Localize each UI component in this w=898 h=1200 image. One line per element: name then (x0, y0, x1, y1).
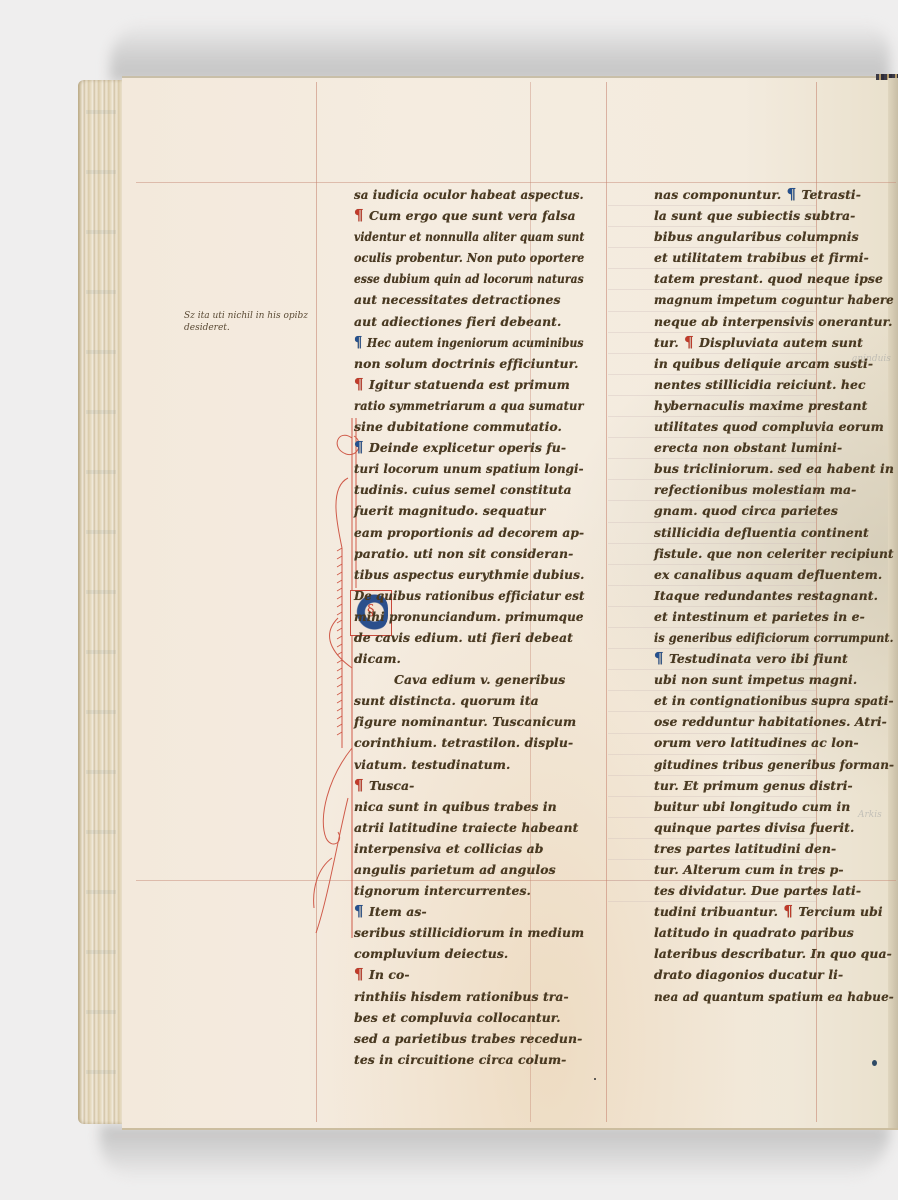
manuscript-line: is generibus edificiorum corrumpunt. (654, 627, 870, 648)
manuscript-line: latitudo in quadrato paribus (654, 922, 894, 943)
line-text: compluvium deiectus. (354, 946, 508, 961)
line-text: ubi non sunt impetus magni. (654, 672, 857, 687)
marginal-note-line: desideret. (184, 322, 314, 334)
paragraph-mark-icon: ¶ (354, 776, 369, 794)
manuscript-line: quinque partes divisa fuerit. (654, 817, 894, 838)
paragraph-mark-icon: ¶ (679, 333, 699, 351)
line-text: bibus angularibus columpnis (654, 229, 859, 244)
manuscript-line: bibus angularibus columpnis (654, 226, 894, 247)
manuscript-line: nas componuntur. ¶ Tetrasti- (654, 184, 894, 205)
line-text: et in contignationibus supra spati- (654, 693, 894, 708)
line-text: Cum ergo que sunt vera falsa (369, 208, 576, 223)
manuscript-line: eam proportionis ad decorem ap- (354, 522, 580, 543)
line-text: sa iudicia oculor habeat aspectus. (354, 187, 584, 202)
line-text: ose redduntur habitationes. Atri- (654, 714, 887, 729)
marginal-note-line: Sz ita uti nichil in his opibz (184, 310, 314, 322)
line-text: figure nominantur. Tuscanicum (354, 714, 576, 729)
manuscript-line: Cava edium v. generibus (354, 669, 584, 690)
manuscript-line: ubi non sunt impetus magni. (654, 669, 894, 690)
blue-ink-spot (872, 1060, 877, 1066)
manuscript-line: fuerit magnitudo. sequatur (354, 500, 584, 521)
manuscript-line: tignorum intercurrentes. (354, 880, 584, 901)
manuscript-line: ¶ Cum ergo que sunt vera falsa (354, 205, 584, 226)
line-text: mihi pronunciandum. primumque (354, 609, 584, 624)
paragraph-mark-icon: ¶ (354, 333, 367, 351)
manuscript-line: bus tricliniorum. sed ea habent in (654, 458, 894, 479)
line-text: Igitur statuenda est primum (369, 377, 570, 392)
line-text: Tercium ubi (798, 904, 882, 919)
manuscript-line: neque ab interpensivis onerantur. (654, 311, 894, 332)
manuscript-line: Itaque redundantes restagnant. (654, 585, 894, 606)
manuscript-line: in quibus deliquie arcam susti- (654, 353, 894, 374)
manuscript-line: non solum doctrinis efficiuntur. (354, 353, 584, 374)
manuscript-line: corinthium. tetrastilon. displu- (354, 732, 584, 753)
line-text: bus tricliniorum. sed ea habent in (654, 461, 894, 476)
manuscript-line: tres partes latitudini den- (654, 838, 894, 859)
line-text: In co- (369, 967, 410, 982)
paragraph-mark-icon: ¶ (781, 185, 801, 203)
line-text: tibus aspectus eurythmie dubius. (354, 567, 584, 582)
line-text: dicam. (354, 651, 401, 666)
manuscript-line: oculis probentur. Non puto oportere (354, 247, 561, 268)
line-text: aut necessitates detractiones (354, 292, 561, 307)
manuscript-line: nentes stillicidia reiciunt. hec (654, 374, 894, 395)
line-text: Deinde explicetur operis fu- (369, 440, 566, 455)
line-text: stillicidia defluentia continent (654, 525, 869, 540)
manuscript-line: tur. Et primum genus distri- (654, 775, 894, 796)
line-text: tatem prestant. quod neque ipse (654, 271, 883, 286)
line-text: ratio symmetriarum a qua sumatur (354, 398, 584, 413)
line-text: drato diagonios ducatur li- (654, 967, 843, 982)
line-text: Hec autem ingeniorum acuminibus (367, 335, 584, 350)
manuscript-line: seribus stillicidiorum in medium (354, 922, 583, 943)
ink-speck (594, 1078, 596, 1080)
manuscript-line: nea ad quantum spatium ea habue- (654, 986, 885, 1007)
manuscript-line: tatem prestant. quod neque ipse (654, 268, 894, 289)
line-text: interpensiva et collicias ab (354, 841, 544, 856)
line-text: oculis probentur. Non puto oportere (354, 250, 584, 265)
line-text: et intestinum et parietes in e- (654, 609, 865, 624)
line-text: nas componuntur. (654, 187, 781, 202)
manuscript-line: videntur et nonnulla aliter quam sunt (354, 226, 553, 247)
manuscript-line: et utilitatem trabibus et firmi- (654, 247, 894, 268)
manuscript-line: tur. Alterum cum in tres p- (654, 859, 894, 880)
line-text: refectionibus molestiam ma- (654, 482, 856, 497)
line-text: aut adiectiones fieri debeant. (354, 314, 561, 329)
line-text: paratio. uti non sit consideran- (354, 546, 573, 561)
line-text: angulis parietum ad angulos (354, 862, 556, 877)
manuscript-line: ¶ In co- (354, 964, 584, 985)
line-text: is generibus edificiorum corrumpunt. (654, 630, 894, 645)
manuscript-line: figure nominantur. Tuscanicum (354, 711, 584, 732)
manuscript-line: ratio symmetriarum a qua sumatur (354, 395, 567, 416)
page-shadow-bottom (100, 1125, 890, 1180)
line-text: latitudo in quadrato paribus (654, 925, 854, 940)
line-text: atrii latitudine traiecte habeant (354, 820, 578, 835)
manuscript-line: dicam. (354, 648, 584, 669)
line-text: Tusca- (369, 778, 414, 793)
line-text: magnum impetum coguntur habere (654, 292, 894, 307)
paragraph-mark-icon: ¶ (354, 965, 369, 983)
manuscript-line: aut adiectiones fieri debeant. (354, 311, 584, 332)
line-text: ex canalibus aquam defluentem. (654, 567, 882, 582)
manuscript-line: nica sunt in quibus trabes in (354, 796, 584, 817)
manuscript-line: tibus aspectus eurythmie dubius. (354, 564, 580, 585)
right-text-column: nas componuntur. ¶ Tetrasti-la sunt que … (654, 184, 894, 1007)
manuscript-line: buitur ubi longitudo cum in (654, 796, 894, 817)
manuscript-line: tudini tribuantur. ¶ Tercium ubi (654, 901, 894, 922)
manuscript-line: aut necessitates detractiones (354, 289, 584, 310)
manuscript-line: erecta non obstant lumini- (654, 437, 894, 458)
manuscript-line: sunt distincta. quorum ita (354, 690, 584, 711)
manuscript-line: tes in circuitione circa colum- (354, 1049, 584, 1070)
line-text: tudini tribuantur. (654, 904, 778, 919)
manuscript-line: hybernaculis maxime prestant (654, 395, 894, 416)
text-block-fore-edge (78, 80, 122, 1124)
line-text: lateribus describatur. In quo qua- (654, 946, 892, 961)
line-text: quinque partes divisa fuerit. (654, 820, 854, 835)
manuscript-line: ¶ Deinde explicetur operis fu- (354, 437, 584, 458)
manuscript-line: drato diagonios ducatur li- (654, 964, 894, 985)
line-text: tur. (654, 335, 679, 350)
line-text: turi locorum unum spatium longi- (354, 461, 584, 476)
line-text: Displuviata autem sunt (699, 335, 863, 350)
paragraph-mark-icon: ¶ (354, 902, 369, 920)
left-text-column: sa iudicia oculor habeat aspectus.¶ Cum … (354, 184, 584, 1070)
ruling-line (606, 82, 607, 1122)
manuscript-line: interpensiva et collicias ab (354, 838, 584, 859)
line-text: rinthiis hisdem rationibus tra- (354, 989, 569, 1004)
line-text: sunt distincta. quorum ita (354, 693, 539, 708)
line-text: neque ab interpensivis onerantur. (654, 314, 893, 329)
manuscript-line: refectionibus molestiam ma- (654, 479, 894, 500)
manuscript-line: mihi pronunciandum. primumque (354, 606, 575, 627)
line-text: gitudines tribus generibus forman- (654, 757, 894, 772)
manuscript-line: tudinis. cuius semel constituta (354, 479, 584, 500)
line-text: videntur et nonnulla aliter quam sunt (354, 229, 584, 244)
line-text: de cavis edium. uti fieri debeat (354, 630, 573, 645)
line-text: Testudinata vero ibi fiunt (669, 651, 848, 666)
line-text: erecta non obstant lumini- (654, 440, 842, 455)
manuscript-line: ¶ Hec autem ingeniorum acuminibus (354, 332, 554, 353)
manuscript-line: compluvium deiectus. (354, 943, 584, 964)
manuscript-line: et intestinum et parietes in e- (654, 606, 894, 627)
manuscript-line: ose redduntur habitationes. Atri- (654, 711, 894, 732)
manuscript-line: ¶ Item as- (354, 901, 584, 922)
manuscript-line: ¶ Testudinata vero ibi fiunt (654, 648, 894, 669)
manuscript-line: sed a parietibus trabes recedun- (354, 1028, 584, 1049)
line-text: Tetrasti- (802, 187, 861, 202)
manuscript-line: paratio. uti non sit consideran- (354, 543, 584, 564)
paragraph-mark-icon: ¶ (354, 375, 369, 393)
manuscript-line: esse dubium quin ad locorum naturas (354, 268, 552, 289)
manuscript-line: magnum impetum coguntur habere (654, 289, 883, 310)
line-text: viatum. testudinatum. (354, 757, 510, 772)
manuscript-line: bes et compluvia collocantur. (354, 1007, 584, 1028)
paragraph-mark-icon: ¶ (654, 649, 669, 667)
line-text: sed a parietibus trabes recedun- (354, 1031, 582, 1046)
manuscript-line: De quibus rationibus efficiatur est (354, 585, 572, 606)
line-text: tes in circuitione circa colum- (354, 1052, 566, 1067)
manuscript-line: gitudines tribus generibus forman- (654, 754, 886, 775)
line-text: et utilitatem trabibus et firmi- (654, 250, 869, 265)
manuscript-page: Sz ita uti nichil in his opibz desideret… (122, 76, 898, 1130)
line-text: hybernaculis maxime prestant (654, 398, 867, 413)
line-text: nica sunt in quibus trabes in (354, 799, 557, 814)
line-text: in quibus deliquie arcam susti- (654, 356, 873, 371)
line-text: seribus stillicidiorum in medium (354, 925, 584, 940)
paragraph-mark-icon: ¶ (354, 206, 369, 224)
line-text: eam proportionis ad decorem ap- (354, 525, 584, 540)
manuscript-line: de cavis edium. uti fieri debeat (354, 627, 584, 648)
manuscript-line: turi locorum unum spatium longi- (354, 458, 573, 479)
line-text: tur. Et primum genus distri- (654, 778, 853, 793)
ruling-line (136, 182, 896, 183)
line-text: utilitates quod compluvia eorum (654, 419, 884, 434)
page-shadow-top (110, 22, 890, 82)
line-text: tres partes latitudini den- (654, 841, 836, 856)
manuscript-line: la sunt que subiectis subtra- (654, 205, 894, 226)
line-text: gnam. quod circa parietes (654, 503, 838, 518)
manuscript-line: utilitates quod compluvia eorum (654, 416, 894, 437)
manuscript-line: tes dividatur. Due partes lati- (654, 880, 894, 901)
manuscript-line: atrii latitudine traiecte habeant (354, 817, 584, 838)
manuscript-line: ¶ Tusca- (354, 775, 584, 796)
manuscript-line: orum vero latitudines ac lon- (654, 732, 894, 753)
manuscript-line: tur. ¶ Displuviata autem sunt (654, 332, 894, 353)
line-text: Itaque redundantes restagnant. (654, 588, 878, 603)
manuscript-line: viatum. testudinatum. (354, 754, 584, 775)
manuscript-line: gnam. quod circa parietes (654, 500, 894, 521)
marginal-note: Sz ita uti nichil in his opibz desideret… (184, 310, 314, 334)
line-text: nentes stillicidia reiciunt. hec (654, 377, 866, 392)
line-text: fistule. que non celeriter recipiunt (654, 546, 894, 561)
manuscript-line: ex canalibus aquam defluentem. (654, 564, 894, 585)
line-text: tes dividatur. Due partes lati- (654, 883, 861, 898)
manuscript-line: fistule. que non celeriter recipiunt (654, 543, 889, 564)
manuscript-line: lateribus describatur. In quo qua- (654, 943, 894, 964)
line-text: De quibus rationibus efficiatur est (354, 588, 585, 603)
manuscript-line: stillicidia defluentia continent (654, 522, 894, 543)
line-text: orum vero latitudines ac lon- (654, 735, 859, 750)
line-text: tudinis. cuius semel constituta (354, 482, 572, 497)
line-text: esse dubium quin ad locorum naturas (354, 271, 584, 286)
line-text: non solum doctrinis efficiuntur. (354, 356, 579, 371)
line-text: fuerit magnitudo. sequatur (354, 503, 546, 518)
line-text: buitur ubi longitudo cum in (654, 799, 850, 814)
line-text: sine dubitatione commutatio. (354, 419, 562, 434)
line-text: la sunt que subiectis subtra- (654, 208, 855, 223)
line-text: nea ad quantum spatium ea habue- (654, 989, 894, 1004)
manuscript-line: sa iudicia oculor habeat aspectus. (354, 184, 574, 205)
line-text: Item as- (369, 904, 427, 919)
line-text: tur. Alterum cum in tres p- (654, 862, 844, 877)
manuscript-line: et in contignationibus supra spati- (654, 690, 889, 711)
manuscript-line: angulis parietum ad angulos (354, 859, 584, 880)
line-text: Cava edium v. generibus (394, 672, 565, 687)
line-text: bes et compluvia collocantur. (354, 1010, 561, 1025)
line-text: tignorum intercurrentes. (354, 883, 531, 898)
manuscript-book: Sz ita uti nichil in his opibz desideret… (78, 76, 898, 1128)
line-text: corinthium. tetrastilon. displu- (354, 735, 573, 750)
manuscript-line: sine dubitatione commutatio. (354, 416, 584, 437)
paragraph-mark-icon: ¶ (778, 902, 798, 920)
paragraph-mark-icon: ¶ (354, 438, 369, 456)
manuscript-line: rinthiis hisdem rationibus tra- (354, 986, 584, 1007)
manuscript-line: ¶ Igitur statuenda est primum (354, 374, 584, 395)
